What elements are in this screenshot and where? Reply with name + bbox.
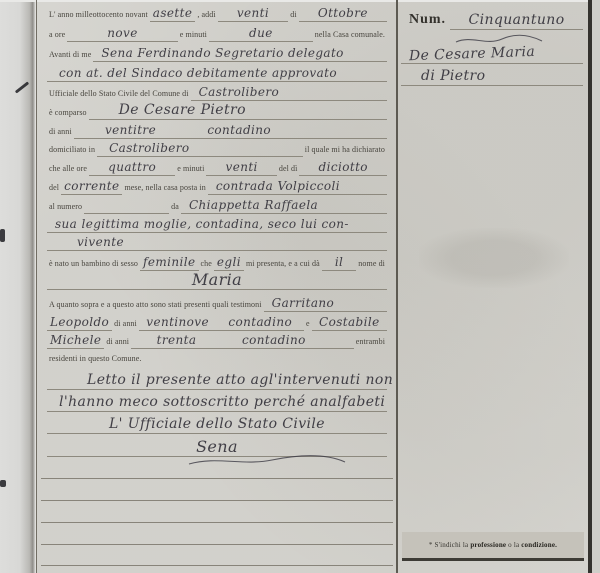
sex-entry: feminile (143, 255, 195, 270)
line-witness2: Michele di anni trenta contadino entramb… (47, 332, 387, 349)
empty-rule-line (41, 500, 393, 501)
printed-casa-comunale: nella Casa comunale. (313, 30, 387, 42)
printed-dianni2: di anni (112, 319, 139, 331)
line-mother: al numero da Chiappetta Raffaela (47, 197, 387, 214)
house-number-field (84, 213, 169, 214)
printed-avanti: Avanti di me (47, 50, 93, 62)
witness2-age-field: trenta (131, 333, 222, 349)
birth-day-field: diciotto (299, 160, 387, 176)
witness1-surname-field: Garritano (264, 296, 387, 312)
line-registered-name: De Cesare Maria (401, 46, 583, 64)
birth-place-entry: contrada Volpiccoli (216, 179, 340, 194)
birth-minute-entry: venti (226, 160, 258, 175)
mother-desc2-field: vivente (47, 235, 387, 251)
official-field: Sena Ferdinando Segretario delegato (93, 46, 387, 62)
child-name-entry: Maria (192, 270, 242, 289)
domicile-entry: Castrolibero (109, 141, 190, 156)
printed-addi: , addì (195, 10, 217, 22)
witness2-surname-entry: Costabile (319, 315, 380, 330)
mother-desc-entry: sua legittima moglie, contadina, seco lu… (55, 217, 349, 232)
line-birth-place: del corrente mese, nella casa posta in c… (47, 178, 387, 195)
empty-rule-line (41, 565, 393, 566)
month-field: Ottobre (299, 6, 387, 22)
birth-hour-entry: quattro (108, 160, 156, 175)
printed-residenti: residenti in questo Comune. (47, 354, 143, 366)
scan-left-margin (0, 0, 36, 573)
line-birth-time: che alle ore quattro e minuti venti del … (47, 159, 387, 176)
witness1-name-entry: Leopoldo (50, 315, 109, 330)
printed-comparso: è comparso (47, 108, 89, 120)
printed-ufficiale: Ufficiale dello Stato Civile del Comune … (47, 89, 191, 101)
declarant-job-field: contadino (187, 123, 387, 139)
delegation-entry: con at. del Sindaco debitamente approvat… (59, 66, 337, 81)
printed-deldi: del dì (277, 164, 300, 176)
printed-entrambi: entrambi (354, 337, 387, 349)
line-hour: a ore nove e minuti due nella Casa comun… (47, 25, 387, 42)
month-ref-entry: corrente (64, 179, 119, 194)
ink-bleedthrough-smudge (419, 228, 569, 288)
scan-right-margin (592, 0, 600, 573)
line-declarant: è comparso De Cesare Pietro (47, 103, 387, 120)
line-residenti: residenti in questo Comune. (47, 349, 387, 366)
footnote-middle: o la (506, 541, 521, 549)
footnote-prefix: * S'indichi la (429, 541, 470, 549)
registered-name-entry: De Cesare Maria (409, 44, 536, 65)
witness2-job-entry: contadino (242, 333, 306, 348)
witness2-name-field: Michele (47, 333, 104, 349)
line-domicile: domiciliato in Castrolibero il quale mi … (47, 140, 387, 157)
hour-entry: nove (107, 26, 137, 41)
line-mother-desc2: vivente (47, 234, 387, 251)
footnote-box: * S'indichi la professione o la condizio… (402, 532, 584, 561)
printed-testimoni: A quanto sopra e a questo atto sono stat… (47, 300, 264, 312)
act-number-field: Cinquantuno (450, 12, 583, 30)
line-mother-desc: sua legittima moglie, contadina, seco lu… (47, 216, 387, 233)
declarant-field: De Cesare Pietro (89, 102, 387, 120)
line-child-sex: è nato un bambino di sesso feminile che … (47, 254, 387, 271)
closing1-field: Letto il presente atto agl'intervenuti n… (47, 372, 387, 390)
scan-artifact (0, 229, 5, 242)
declarant-age-field: ventitre (74, 123, 188, 139)
birth-hour-field: quattro (89, 160, 175, 176)
comune-entry: Castrolibero (199, 85, 280, 100)
mother-desc2-entry: vivente (77, 235, 124, 250)
printed-year-label: L' anno milleottocento novant (47, 10, 150, 22)
line-child-name: Maria (47, 271, 387, 290)
line-declarant-age: di anni ventitre contadino (47, 122, 387, 139)
month-entry: Ottobre (318, 6, 368, 21)
printed-dianni3: di anni (104, 337, 131, 349)
footnote-term-professione: professione (470, 541, 506, 549)
printed-mese: mese, nella casa posta in (122, 183, 207, 195)
line-witness1: Leopoldo di anni ventinove contadino e C… (47, 314, 387, 331)
closing3-field: L' Ufficiale dello Stato Civile (47, 416, 387, 434)
printed-chealleore: che alle ore (47, 164, 89, 176)
day-field: venti (218, 6, 289, 22)
line-year-date: L' anno milleottocento novant asette , a… (47, 5, 387, 22)
column-divider-rule (396, 0, 398, 573)
il-entry: il (335, 255, 343, 270)
signature-flourish-icon (187, 452, 347, 468)
declarant-job-entry: contadino (207, 123, 271, 138)
declarant-entry: De Cesare Pietro (119, 102, 246, 119)
line-parentage: di Pietro (401, 68, 583, 86)
birth-minute-field: venti (206, 160, 276, 176)
footnote-text: * S'indichi la professione o la condizio… (429, 541, 557, 549)
margin-annotation-column: Num. Cinquantuno De Cesare Maria di Piet… (399, 0, 587, 573)
parentage-field: di Pietro (401, 68, 583, 86)
parentage-entry: di Pietro (421, 68, 485, 85)
egli-field: egli (214, 255, 244, 271)
minute-field: due (209, 26, 313, 42)
line-comune: Ufficiale dello Stato Civile del Comune … (47, 84, 387, 101)
child-name-field: Maria (47, 270, 387, 290)
printed-e: e (304, 319, 312, 331)
witness1-job-entry: contadino (228, 315, 292, 330)
witness2-name-entry: Michele (50, 333, 101, 348)
domicile-field: Castrolibero (97, 141, 303, 157)
printed-del: del (47, 183, 61, 195)
registered-name-field: De Cesare Maria (401, 46, 583, 64)
delegation-field: con at. del Sindaco debitamente approvat… (47, 66, 387, 82)
official-entry: Sena Ferdinando Segretario delegato (101, 46, 343, 61)
scanned-birth-record: { "num_panel": { "label": "Num.", "value… (0, 0, 600, 573)
mother-entry: Chiappetta Raffaela (189, 198, 318, 213)
footnote-term-condizione: condizione. (521, 541, 557, 549)
line-official: Avanti di me Sena Ferdinando Segretario … (47, 45, 387, 62)
witness1-job-field: contadino (216, 315, 304, 331)
witness1-surname-entry: Garritano (272, 296, 335, 311)
printed-eminuti: e minuti (178, 30, 209, 42)
line-closing3: L' Ufficiale dello Stato Civile (47, 415, 387, 434)
year-field: asette (150, 6, 196, 22)
printed-di: di (288, 10, 298, 22)
document-scan: L' anno milleottocento novant asette , a… (0, 0, 600, 573)
egli-entry: egli (217, 255, 241, 270)
closing3-entry: L' Ufficiale dello Stato Civile (109, 416, 325, 433)
printed-alnumero: al numero (47, 202, 84, 214)
printed-da: da (169, 202, 181, 214)
il-field: il (322, 255, 356, 271)
printed-dichiarato: il quale mi ha dichiarato (303, 145, 387, 157)
printed-eminuti2: e minuti (175, 164, 206, 176)
witness1-name-field: Leopoldo (47, 315, 112, 331)
empty-rule-line (41, 522, 393, 523)
minute-entry: due (249, 26, 273, 41)
mother-desc-field: sua legittima moglie, contadina, seco lu… (47, 217, 387, 233)
hour-field: nove (67, 26, 178, 42)
witness2-job-field: contadino (222, 333, 354, 349)
empty-rule-line (41, 544, 393, 545)
printed-aore: a ore (47, 30, 67, 42)
closing1-entry: Letto il presente atto agl'intervenuti n… (87, 372, 393, 389)
scan-artifact (0, 480, 6, 487)
witness2-surname-field: Costabile (312, 315, 387, 331)
num-label: Num. (401, 12, 450, 30)
birth-place-field: contrada Volpiccoli (208, 179, 387, 195)
empty-rule-line (41, 478, 393, 479)
month-ref-field: corrente (61, 179, 122, 195)
line-closing2: l'hanno meco sottoscritto perché analfab… (47, 393, 387, 412)
declarant-age-entry: ventitre (105, 123, 156, 138)
printed-dianni: di anni (47, 127, 74, 139)
closing2-field: l'hanno meco sottoscritto perché analfab… (47, 394, 387, 412)
line-witnesses-intro: A quanto sopra e a questo atto sono stat… (47, 295, 387, 312)
witness1-age-field: ventinove (139, 315, 217, 331)
closing2-entry: l'hanno meco sottoscritto perché analfab… (59, 394, 385, 411)
year-entry: asette (153, 6, 193, 21)
birth-day-entry: diciotto (319, 160, 368, 175)
line-closing1: Letto il presente atto agl'intervenuti n… (47, 371, 387, 390)
day-entry: venti (237, 6, 269, 21)
witness1-age-entry: ventinove (146, 315, 209, 330)
act-number-entry: Cinquantuno (469, 12, 565, 29)
line-num: Num. Cinquantuno (401, 8, 583, 30)
mother-field: Chiappetta Raffaela (181, 198, 387, 214)
act-main-column: L' anno milleottocento novant asette , a… (37, 0, 396, 573)
printed-domiciliato: domiciliato in (47, 145, 97, 157)
line-delegation: con at. del Sindaco debitamente approvat… (47, 65, 387, 82)
comune-field: Castrolibero (191, 85, 387, 101)
witness2-age-entry: trenta (157, 333, 197, 348)
sex-field: feminile (140, 255, 198, 271)
